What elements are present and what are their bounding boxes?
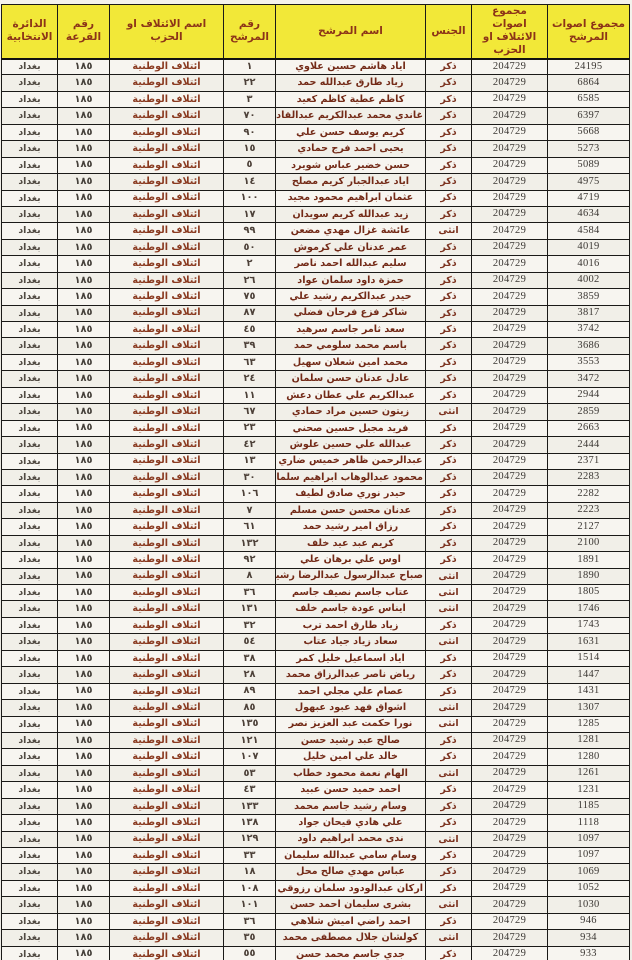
cell-gender: ذكر <box>426 305 472 321</box>
cell-party-votes: 204729 <box>472 338 548 354</box>
cell-lot-number: ١٨٥ <box>58 815 110 831</box>
cell-lot-number: ١٨٥ <box>58 420 110 436</box>
table-row: 3742 204729 ذكر سعد ثامر جاسم سرهيد ٤٥ ا… <box>2 322 630 338</box>
cell-lot-number: ١٨٥ <box>58 601 110 617</box>
cell-lot-number: ١٨٥ <box>58 568 110 584</box>
cell-party-votes: 204729 <box>472 880 548 896</box>
cell-candidate-name: فريد مجيل حسين صحني <box>276 420 426 436</box>
cell-lot-number: ١٨٥ <box>58 913 110 929</box>
cell-gender: انثى <box>426 404 472 420</box>
cell-district: بغداد <box>2 683 58 699</box>
cell-lot-number: ١٨٥ <box>58 91 110 107</box>
table-row: 1185 204729 ذكر وسام رشيد جاسم محمد ١٣٣ … <box>2 798 630 814</box>
cell-party-votes: 204729 <box>472 256 548 272</box>
cell-party-votes: 204729 <box>472 239 548 255</box>
cell-party-votes: 204729 <box>472 404 548 420</box>
cell-candidate-name: وسام رشيد جاسم محمد <box>276 798 426 814</box>
cell-candidate-number: ٦١ <box>224 519 276 535</box>
cell-gender: انثى <box>426 716 472 732</box>
table-row: 1631 204729 انثى سعاد زياد جياد عتاب ٥٤ … <box>2 634 630 650</box>
cell-coalition-name: ائتلاف الوطنية <box>110 864 224 880</box>
cell-lot-number: ١٨٥ <box>58 59 110 75</box>
table-row: 4634 204729 ذكر زيد عبدالله كريم سويدان … <box>2 206 630 222</box>
cell-coalition-name: ائتلاف الوطنية <box>110 108 224 124</box>
cell-coalition-name: ائتلاف الوطنية <box>110 585 224 601</box>
header-candidate-votes: مجموع اصوات المرشح <box>548 5 630 59</box>
cell-candidate-name: محمد امين شعلان سهيل <box>276 354 426 370</box>
cell-gender: ذكر <box>426 141 472 157</box>
cell-district: بغداد <box>2 798 58 814</box>
cell-coalition-name: ائتلاف الوطنية <box>110 174 224 190</box>
cell-candidate-number: ٢٢ <box>224 75 276 91</box>
cell-candidate-votes: 5089 <box>548 157 630 173</box>
cell-district: بغداد <box>2 716 58 732</box>
cell-gender: انثى <box>426 831 472 847</box>
cell-candidate-name: ايناس عودة جاسم خلف <box>276 601 426 617</box>
cell-candidate-number: ١٣٢ <box>224 535 276 551</box>
cell-district: بغداد <box>2 552 58 568</box>
cell-candidate-votes: 2127 <box>548 519 630 535</box>
cell-candidate-number: ٢٨ <box>224 667 276 683</box>
cell-gender: ذكر <box>426 289 472 305</box>
cell-candidate-votes: 4719 <box>548 190 630 206</box>
cell-candidate-votes: 1805 <box>548 585 630 601</box>
cell-lot-number: ١٨٥ <box>58 716 110 732</box>
cell-gender: انثى <box>426 568 472 584</box>
cell-gender: ذكر <box>426 157 472 173</box>
cell-coalition-name: ائتلاف الوطنية <box>110 75 224 91</box>
cell-gender: ذكر <box>426 75 472 91</box>
cell-coalition-name: ائتلاف الوطنية <box>110 486 224 502</box>
cell-candidate-name: علي هادي قيحان جواد <box>276 815 426 831</box>
cell-party-votes: 204729 <box>472 486 548 502</box>
cell-candidate-name: صالح عبد رشيد حسن <box>276 732 426 748</box>
cell-lot-number: ١٨٥ <box>58 782 110 798</box>
cell-candidate-number: ٨ <box>224 568 276 584</box>
cell-gender: ذكر <box>426 437 472 453</box>
cell-candidate-votes: 1514 <box>548 650 630 666</box>
table-row: 6397 204729 ذكر غاندي محمد عبدالكريم عبد… <box>2 108 630 124</box>
cell-gender: انثى <box>426 634 472 650</box>
table-row: 4002 204729 ذكر حمزة داود سلمان عواد ٢٦ … <box>2 272 630 288</box>
table-row: 3817 204729 ذكر شاكر فزع فرحان فضلي ٨٧ ا… <box>2 305 630 321</box>
cell-coalition-name: ائتلاف الوطنية <box>110 716 224 732</box>
table-row: 1069 204729 ذكر عباس مهدي صالح محل ١٨ ائ… <box>2 864 630 880</box>
cell-candidate-votes: 1746 <box>548 601 630 617</box>
cell-gender: ذكر <box>426 322 472 338</box>
cell-lot-number: ١٨٥ <box>58 453 110 469</box>
cell-candidate-name: عصام علي مجلي احمد <box>276 683 426 699</box>
cell-lot-number: ١٨٥ <box>58 486 110 502</box>
cell-party-votes: 204729 <box>472 848 548 864</box>
cell-party-votes: 204729 <box>472 946 548 960</box>
cell-district: بغداد <box>2 174 58 190</box>
cell-party-votes: 204729 <box>472 930 548 946</box>
table-row: 1052 204729 ذكر اركان عبدالودود سلمان رز… <box>2 880 630 896</box>
cell-gender: ذكر <box>426 650 472 666</box>
cell-candidate-number: ١ <box>224 59 276 75</box>
cell-party-votes: 204729 <box>472 174 548 190</box>
cell-candidate-votes: 2282 <box>548 486 630 502</box>
cell-district: بغداد <box>2 815 58 831</box>
cell-coalition-name: ائتلاف الوطنية <box>110 437 224 453</box>
cell-gender: ذكر <box>426 206 472 222</box>
cell-candidate-name: صباح عبدالرسول عبدالرضا رشيد <box>276 568 426 584</box>
cell-lot-number: ١٨٥ <box>58 437 110 453</box>
cell-candidate-number: ٣٠ <box>224 469 276 485</box>
table-row: 6864 204729 ذكر زياد طارق عبدالله حمد ٢٢… <box>2 75 630 91</box>
cell-candidate-name: عمر عدنان علي كرموش <box>276 239 426 255</box>
table-row: 1891 204729 ذكر اوس علي برهان علي ٩٢ ائت… <box>2 552 630 568</box>
cell-candidate-number: ١٣١ <box>224 601 276 617</box>
cell-candidate-name: احمد حميد حسن عبيد <box>276 782 426 798</box>
cell-coalition-name: ائتلاف الوطنية <box>110 617 224 633</box>
cell-district: بغداد <box>2 930 58 946</box>
cell-candidate-votes: 2859 <box>548 404 630 420</box>
cell-candidate-number: ٩٩ <box>224 223 276 239</box>
cell-candidate-name: سليم عبدالله احمد ناصر <box>276 256 426 272</box>
cell-candidate-votes: 1118 <box>548 815 630 831</box>
cell-candidate-name: زيتون حسين مراد حمادي <box>276 404 426 420</box>
table-row: 2283 204729 ذكر محمود عبدالوهاب ابراهيم … <box>2 469 630 485</box>
cell-party-votes: 204729 <box>472 223 548 239</box>
cell-party-votes: 204729 <box>472 371 548 387</box>
cell-party-votes: 204729 <box>472 354 548 370</box>
cell-candidate-number: ١٠٦ <box>224 486 276 502</box>
cell-candidate-number: ٣٢ <box>224 617 276 633</box>
cell-party-votes: 204729 <box>472 75 548 91</box>
cell-candidate-name: سعد ثامر جاسم سرهيد <box>276 322 426 338</box>
cell-coalition-name: ائتلاف الوطنية <box>110 91 224 107</box>
cell-candidate-number: ١٣ <box>224 453 276 469</box>
cell-district: بغداد <box>2 157 58 173</box>
cell-gender: ذكر <box>426 108 472 124</box>
cell-lot-number: ١٨٥ <box>58 190 110 206</box>
cell-gender: ذكر <box>426 617 472 633</box>
cell-coalition-name: ائتلاف الوطنية <box>110 502 224 518</box>
cell-district: بغداد <box>2 502 58 518</box>
cell-district: بغداد <box>2 305 58 321</box>
cell-lot-number: ١٨٥ <box>58 272 110 288</box>
table-row: 24195 204729 ذكر اياد هاشم حسين علاوي ١ … <box>2 59 630 75</box>
table-row: 946 204729 ذكر احمد راضي اميش شلاهي ٣٦ ا… <box>2 913 630 929</box>
cell-party-votes: 204729 <box>472 617 548 633</box>
cell-candidate-name: زيد عبدالله كريم سويدان <box>276 206 426 222</box>
cell-coalition-name: ائتلاف الوطنية <box>110 601 224 617</box>
cell-candidate-name: عثمان ابراهيم محمود مجيد <box>276 190 426 206</box>
cell-candidate-name: شاكر فزع فرحان فضلي <box>276 305 426 321</box>
cell-gender: ذكر <box>426 420 472 436</box>
cell-candidate-votes: 3686 <box>548 338 630 354</box>
cell-candidate-number: ٣٦ <box>224 913 276 929</box>
table-row: 1307 204729 انثى اشواق فهد عبود عبهول ٨٥… <box>2 700 630 716</box>
cell-lot-number: ١٨٥ <box>58 502 110 518</box>
cell-party-votes: 204729 <box>472 124 548 140</box>
cell-candidate-votes: 6397 <box>548 108 630 124</box>
cell-coalition-name: ائتلاف الوطنية <box>110 59 224 75</box>
cell-party-votes: 204729 <box>472 732 548 748</box>
cell-candidate-votes: 934 <box>548 930 630 946</box>
cell-lot-number: ١٨٥ <box>58 848 110 864</box>
header-row: مجموع اصوات المرشح مجموع اصوات الائتلاف … <box>2 5 630 59</box>
cell-candidate-number: ١٨ <box>224 864 276 880</box>
table-row: 2444 204729 ذكر عبدالله علي حسين علوش ٤٢… <box>2 437 630 453</box>
cell-candidate-votes: 1097 <box>548 831 630 847</box>
cell-lot-number: ١٨٥ <box>58 831 110 847</box>
cell-lot-number: ١٨٥ <box>58 650 110 666</box>
cell-gender: ذكر <box>426 354 472 370</box>
cell-candidate-name: محمود عبدالوهاب ابراهيم سلمان <box>276 469 426 485</box>
cell-coalition-name: ائتلاف الوطنية <box>110 930 224 946</box>
table-body: 24195 204729 ذكر اياد هاشم حسين علاوي ١ … <box>2 59 630 960</box>
cell-candidate-votes: 933 <box>548 946 630 960</box>
cell-lot-number: ١٨٥ <box>58 256 110 272</box>
cell-coalition-name: ائتلاف الوطنية <box>110 535 224 551</box>
cell-candidate-votes: 4002 <box>548 272 630 288</box>
cell-candidate-number: ٦٧ <box>224 404 276 420</box>
cell-coalition-name: ائتلاف الوطنية <box>110 157 224 173</box>
cell-gender: ذكر <box>426 453 472 469</box>
cell-district: بغداد <box>2 535 58 551</box>
cell-candidate-votes: 1281 <box>548 732 630 748</box>
cell-candidate-name: الهام نعمة محمود خطاب <box>276 765 426 781</box>
cell-candidate-name: عبدالرحمن ظاهر خميس ضاري <box>276 453 426 469</box>
cell-coalition-name: ائتلاف الوطنية <box>110 683 224 699</box>
cell-district: بغداد <box>2 765 58 781</box>
cell-coalition-name: ائتلاف الوطنية <box>110 700 224 716</box>
table-row: 1281 204729 ذكر صالح عبد رشيد حسن ١٢١ ائ… <box>2 732 630 748</box>
cell-candidate-number: ٥٤ <box>224 634 276 650</box>
table-row: 1890 204729 انثى صباح عبدالرسول عبدالرضا… <box>2 568 630 584</box>
cell-gender: ذكر <box>426 880 472 896</box>
cell-candidate-name: اوس علي برهان علي <box>276 552 426 568</box>
table-row: 1280 204729 ذكر خالد علي امين خليل ١٠٧ ا… <box>2 749 630 765</box>
cell-lot-number: ١٨٥ <box>58 289 110 305</box>
cell-candidate-number: ١٧ <box>224 206 276 222</box>
cell-party-votes: 204729 <box>472 749 548 765</box>
cell-district: بغداد <box>2 371 58 387</box>
cell-party-votes: 204729 <box>472 437 548 453</box>
cell-candidate-votes: 1280 <box>548 749 630 765</box>
scanned-document-page: مجموع اصوات المرشح مجموع اصوات الائتلاف … <box>0 0 632 960</box>
cell-candidate-name: اياد هاشم حسين علاوي <box>276 59 426 75</box>
table-row: 2944 204729 ذكر عبدالكريم علي عطان دعش ١… <box>2 387 630 403</box>
cell-district: بغداد <box>2 91 58 107</box>
cell-lot-number: ١٨٥ <box>58 469 110 485</box>
cell-candidate-number: ٣٣ <box>224 848 276 864</box>
table-row: 3553 204729 ذكر محمد امين شعلان سهيل ٦٣ … <box>2 354 630 370</box>
cell-district: بغداد <box>2 420 58 436</box>
cell-candidate-number: ١٠٠ <box>224 190 276 206</box>
cell-party-votes: 204729 <box>472 815 548 831</box>
cell-candidate-votes: 3553 <box>548 354 630 370</box>
cell-coalition-name: ائتلاف الوطنية <box>110 667 224 683</box>
cell-candidate-votes: 4016 <box>548 256 630 272</box>
header-party-votes: مجموع اصوات الائتلاف او الحزب <box>472 5 548 59</box>
table-row: 4019 204729 ذكر عمر عدنان علي كرموش ٥٠ ا… <box>2 239 630 255</box>
cell-candidate-votes: 1307 <box>548 700 630 716</box>
cell-candidate-number: ٢٦ <box>224 272 276 288</box>
cell-coalition-name: ائتلاف الوطنية <box>110 897 224 913</box>
cell-party-votes: 204729 <box>472 798 548 814</box>
table-row: 4975 204729 ذكر اياد عبدالجبار كريم مصلح… <box>2 174 630 190</box>
cell-candidate-votes: 3859 <box>548 289 630 305</box>
cell-district: بغداد <box>2 880 58 896</box>
cell-district: بغداد <box>2 946 58 960</box>
cell-party-votes: 204729 <box>472 190 548 206</box>
table-row: 4719 204729 ذكر عثمان ابراهيم محمود مجيد… <box>2 190 630 206</box>
cell-party-votes: 204729 <box>472 913 548 929</box>
cell-gender: ذكر <box>426 272 472 288</box>
header-coalition-name: اسم الائتلاف او الحزب <box>110 5 224 59</box>
cell-gender: ذكر <box>426 371 472 387</box>
cell-candidate-number: ٤٥ <box>224 322 276 338</box>
header-lot-number: رقم القرعة <box>58 5 110 59</box>
cell-candidate-number: ٢ <box>224 256 276 272</box>
cell-candidate-number: ٥ <box>224 157 276 173</box>
cell-district: بغداد <box>2 289 58 305</box>
cell-lot-number: ١٨٥ <box>58 897 110 913</box>
cell-candidate-votes: 2663 <box>548 420 630 436</box>
cell-candidate-number: ٨٩ <box>224 683 276 699</box>
cell-gender: انثى <box>426 601 472 617</box>
cell-district: بغداد <box>2 864 58 880</box>
cell-gender: انثى <box>426 700 472 716</box>
cell-candidate-name: حيدر عبدالكريم رشيد علي <box>276 289 426 305</box>
cell-coalition-name: ائتلاف الوطنية <box>110 469 224 485</box>
cell-gender: انثى <box>426 897 472 913</box>
cell-coalition-name: ائتلاف الوطنية <box>110 190 224 206</box>
cell-district: بغداد <box>2 585 58 601</box>
cell-lot-number: ١٨٥ <box>58 732 110 748</box>
cell-candidate-number: ٧٠ <box>224 108 276 124</box>
cell-party-votes: 204729 <box>472 831 548 847</box>
cell-district: بغداد <box>2 272 58 288</box>
cell-candidate-name: زياد طارق عبدالله حمد <box>276 75 426 91</box>
cell-candidate-votes: 2283 <box>548 469 630 485</box>
cell-candidate-votes: 4019 <box>548 239 630 255</box>
cell-coalition-name: ائتلاف الوطنية <box>110 913 224 929</box>
cell-candidate-name: كريم يوسف حسن علي <box>276 124 426 140</box>
cell-gender: ذكر <box>426 667 472 683</box>
cell-lot-number: ١٨٥ <box>58 75 110 91</box>
cell-lot-number: ١٨٥ <box>58 617 110 633</box>
cell-candidate-number: ٦٣ <box>224 354 276 370</box>
cell-candidate-name: كولشان جلال مصطفى محمد <box>276 930 426 946</box>
cell-district: بغداد <box>2 387 58 403</box>
cell-lot-number: ١٨٥ <box>58 338 110 354</box>
cell-candidate-votes: 1030 <box>548 897 630 913</box>
cell-district: بغداد <box>2 617 58 633</box>
cell-candidate-name: عبدالكريم علي عطان دعش <box>276 387 426 403</box>
cell-candidate-votes: 2371 <box>548 453 630 469</box>
cell-candidate-votes: 2444 <box>548 437 630 453</box>
cell-candidate-number: ٨٧ <box>224 305 276 321</box>
cell-candidate-number: ١٣٥ <box>224 716 276 732</box>
cell-district: بغداد <box>2 700 58 716</box>
table-row: 1118 204729 ذكر علي هادي قيحان جواد ١٣٨ … <box>2 815 630 831</box>
cell-candidate-number: ٥٠ <box>224 239 276 255</box>
cell-candidate-number: ٥٥ <box>224 946 276 960</box>
cell-district: بغداد <box>2 831 58 847</box>
cell-district: بغداد <box>2 190 58 206</box>
cell-district: بغداد <box>2 75 58 91</box>
cell-candidate-name: سعاد زياد جياد عتاب <box>276 634 426 650</box>
cell-party-votes: 204729 <box>472 897 548 913</box>
cell-candidate-votes: 1285 <box>548 716 630 732</box>
table-header: مجموع اصوات المرشح مجموع اصوات الائتلاف … <box>2 5 630 59</box>
cell-coalition-name: ائتلاف الوطنية <box>110 206 224 222</box>
cell-candidate-number: ١٥ <box>224 141 276 157</box>
cell-candidate-votes: 1447 <box>548 667 630 683</box>
cell-district: بغداد <box>2 256 58 272</box>
cell-district: بغداد <box>2 667 58 683</box>
cell-lot-number: ١٨٥ <box>58 305 110 321</box>
cell-district: بغداد <box>2 897 58 913</box>
table-row: 934 204729 انثى كولشان جلال مصطفى محمد ٣… <box>2 930 630 946</box>
cell-coalition-name: ائتلاف الوطنية <box>110 322 224 338</box>
cell-party-votes: 204729 <box>472 519 548 535</box>
cell-lot-number: ١٨٥ <box>58 354 110 370</box>
table-row: 2127 204729 ذكر رزاق امير رشيد حمد ٦١ ائ… <box>2 519 630 535</box>
cell-gender: ذكر <box>426 190 472 206</box>
cell-party-votes: 204729 <box>472 108 548 124</box>
cell-coalition-name: ائتلاف الوطنية <box>110 124 224 140</box>
cell-party-votes: 204729 <box>472 716 548 732</box>
cell-gender: ذكر <box>426 469 472 485</box>
cell-party-votes: 204729 <box>472 289 548 305</box>
cell-coalition-name: ائتلاف الوطنية <box>110 880 224 896</box>
cell-coalition-name: ائتلاف الوطنية <box>110 289 224 305</box>
cell-candidate-number: ١٢١ <box>224 732 276 748</box>
cell-gender: ذكر <box>426 552 472 568</box>
cell-candidate-number: ٥٣ <box>224 765 276 781</box>
cell-gender: ذكر <box>426 174 472 190</box>
cell-candidate-name: وسام سامي عبدالله سليمان <box>276 848 426 864</box>
cell-gender: ذكر <box>426 815 472 831</box>
cell-district: بغداد <box>2 124 58 140</box>
table-row: 933 204729 ذكر جدي جاسم محمد حسن ٥٥ ائتل… <box>2 946 630 960</box>
table-row: 1097 204729 انثى ندى محمد ابراهيم داود ١… <box>2 831 630 847</box>
cell-party-votes: 204729 <box>472 322 548 338</box>
cell-coalition-name: ائتلاف الوطنية <box>110 305 224 321</box>
cell-gender: انثى <box>426 223 472 239</box>
cell-candidate-name: كاظم عطية كاظم كعيد <box>276 91 426 107</box>
cell-lot-number: ١٨٥ <box>58 387 110 403</box>
cell-gender: ذكر <box>426 913 472 929</box>
cell-party-votes: 204729 <box>472 864 548 880</box>
table-row: 1447 204729 ذكر رياض ناصر عبدالرزاق محمد… <box>2 667 630 683</box>
cell-candidate-number: ١٣٣ <box>224 798 276 814</box>
cell-lot-number: ١٨٥ <box>58 141 110 157</box>
cell-lot-number: ١٨٥ <box>58 880 110 896</box>
cell-candidate-number: ٣٩ <box>224 338 276 354</box>
cell-party-votes: 204729 <box>472 782 548 798</box>
cell-district: بغداد <box>2 206 58 222</box>
table-row: 3686 204729 ذكر باسم محمد سلومي حمد ٣٩ ا… <box>2 338 630 354</box>
cell-candidate-number: ٣٥ <box>224 930 276 946</box>
table-row: 1261 204729 انثى الهام نعمة محمود خطاب ٥… <box>2 765 630 781</box>
cell-district: بغداد <box>2 437 58 453</box>
cell-coalition-name: ائتلاف الوطنية <box>110 732 224 748</box>
cell-district: بغداد <box>2 322 58 338</box>
cell-district: بغداد <box>2 354 58 370</box>
cell-candidate-number: ٨٥ <box>224 700 276 716</box>
cell-gender: ذكر <box>426 59 472 75</box>
table-row: 3859 204729 ذكر حيدر عبدالكريم رشيد علي … <box>2 289 630 305</box>
cell-coalition-name: ائتلاف الوطنية <box>110 371 224 387</box>
cell-district: بغداد <box>2 59 58 75</box>
